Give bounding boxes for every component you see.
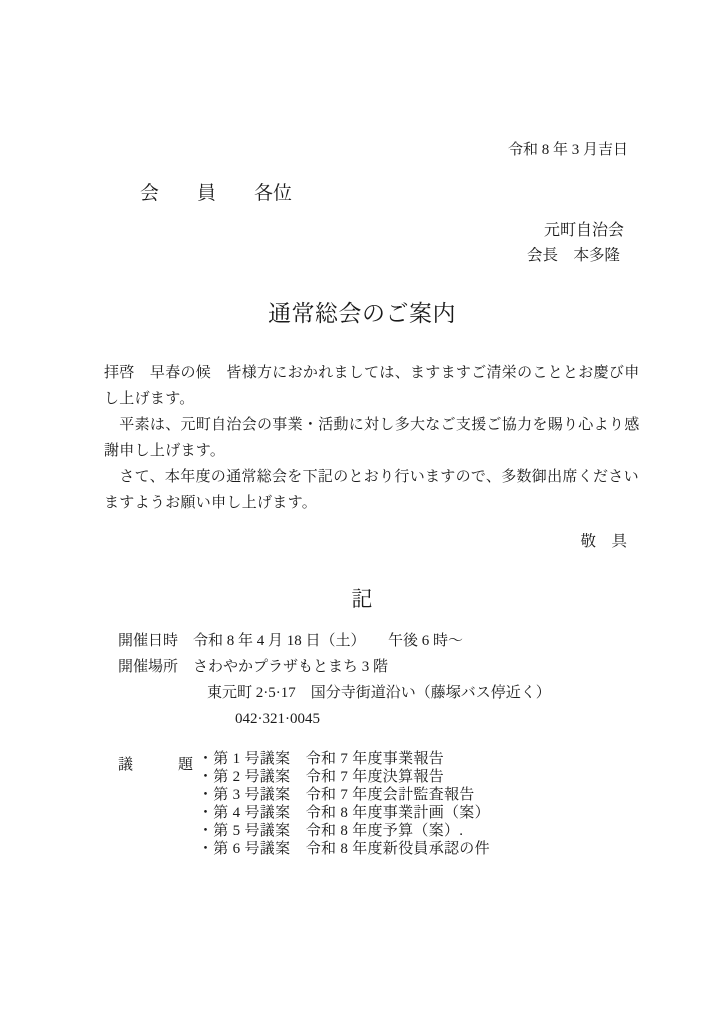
closing-word: 敬 具 [0,533,627,552]
meeting-place-row: 開催場所さわやかプラザもとまち 3 階 [118,658,388,676]
sender-organization: 元町自治会 [0,221,624,240]
gratitude-paragraph: 平素は、元町自治会の事業・活動に対し多大なご支援ご協力を賜り心より感 謝申し上げ… [104,412,644,464]
meeting-place-value: さわやかプラザもとまち 3 階 [193,659,388,675]
meeting-place-label: 開催場所 [118,658,178,676]
agenda-item-5: ・第 5 号議案 令和 8 年度予算（案）. [198,822,490,840]
announcement-paragraph: さて、本年度の通常総会を下記のとおり行いますので、多数御出席ください ますようお… [104,464,644,516]
agenda-item-1: ・第 1 号議案 令和 7 年度事業報告 [198,750,490,768]
meeting-datetime-value: 令和 8 年 4 月 18 日（土） 午後 6 時～ [193,633,463,649]
agenda-item-6: ・第 6 号議案 令和 8 年度新役員承認の件 [198,840,490,858]
greeting-paragraph: 拝啓 早春の候 皆様方におかれましては、ますますご清栄のこととお慶び申 し上げま… [104,360,644,412]
record-heading: 記 [0,587,724,612]
sender-representative: 会長 本多隆 [0,247,620,266]
meeting-datetime-label: 開催日時 [118,632,178,650]
agenda-item-4: ・第 4 号議案 令和 8 年度事業計画（案） [198,804,490,822]
letter-body: 拝啓 早春の候 皆様方におかれましては、ますますご清栄のこととお慶び申 し上げま… [104,360,644,516]
letter-page: 令和 8 年 3 月吉日 会 員 各位 元町自治会 会長 本多隆 通常総会のご案… [0,0,724,1024]
agenda-item-3: ・第 3 号議案 令和 7 年度会計監査報告 [198,786,490,804]
meeting-address: 東元町 2·5·17 国分寺街道沿い（藤塚バス停近く） [207,684,551,702]
agenda-list: ・第 1 号議案 令和 7 年度事業報告 ・第 2 号議案 令和 7 年度決算報… [198,750,490,858]
agenda-label: 議 題 [118,756,193,774]
agenda-item-2: ・第 2 号議案 令和 7 年度決算報告 [198,768,490,786]
meeting-phone: 042·321·0045 [235,710,320,728]
recipient-line: 会 員 各位 [140,183,292,206]
letter-date: 令和 8 年 3 月吉日 [0,141,628,159]
document-title: 通常総会のご案内 [0,300,724,328]
meeting-datetime-row: 開催日時令和 8 年 4 月 18 日（土） 午後 6 時～ [118,632,463,650]
